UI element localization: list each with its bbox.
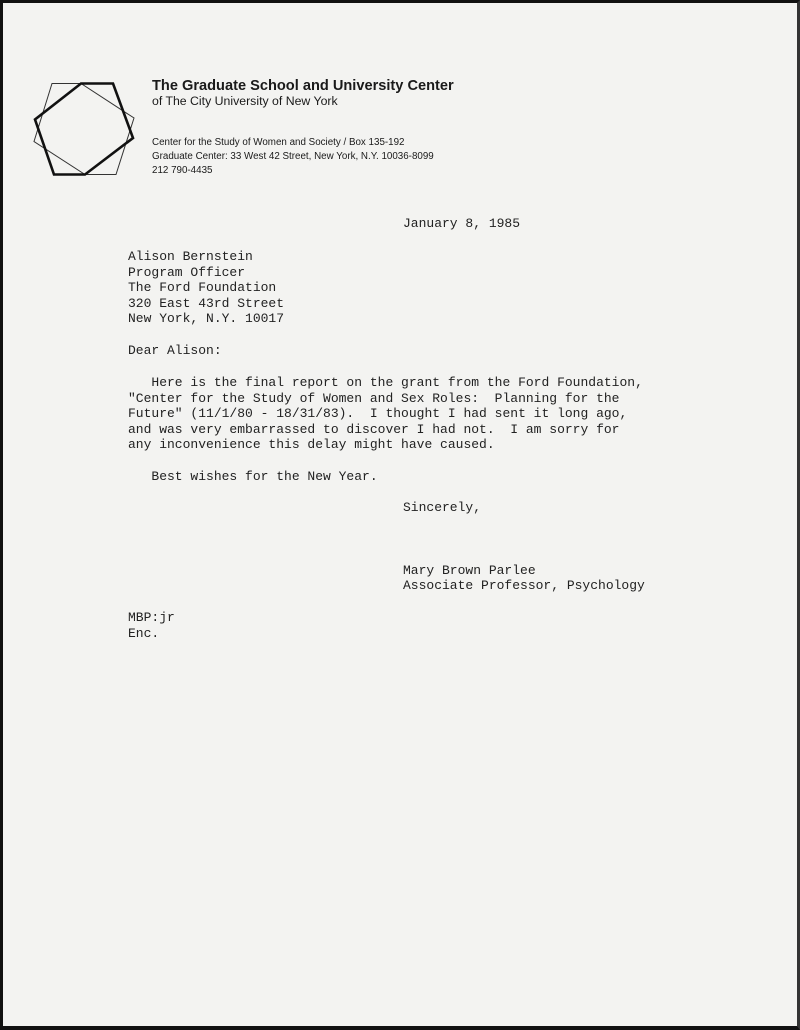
recipient-city: New York, N.Y. 10017 (128, 311, 284, 327)
salutation: Dear Alison: (128, 343, 222, 359)
body-line: and was very embarrassed to discover I h… (128, 422, 619, 438)
enclosure-note: Enc. (128, 626, 159, 642)
institution-subtitle: of The City University of New York (152, 94, 338, 108)
institution-name: The Graduate School and University Cente… (152, 78, 454, 94)
center-address-line: Center for the Study of Women and Societ… (152, 137, 405, 148)
phone-line: 212 790-4435 (152, 165, 212, 176)
closing: Sincerely, (403, 500, 481, 516)
recipient-organization: The Ford Foundation (128, 280, 276, 296)
signer-name: Mary Brown Parlee (403, 563, 536, 579)
recipient-street: 320 East 43rd Street (128, 296, 284, 312)
signer-title: Associate Professor, Psychology (403, 578, 645, 594)
recipient-name: Alison Bernstein (128, 249, 253, 265)
hexagon-logo-icon (3, 3, 163, 203)
body-line: Here is the final report on the grant fr… (128, 375, 643, 391)
street-address-line: Graduate Center: 33 West 42 Street, New … (152, 151, 434, 162)
closing-paragraph: Best wishes for the New Year. (128, 469, 378, 485)
letter-date: January 8, 1985 (403, 216, 520, 232)
body-line: Future" (11/1/80 - 18/31/83). I thought … (128, 406, 627, 422)
letter-page: The Graduate School and University Cente… (0, 0, 800, 1030)
typist-initials: MBP:jr (128, 610, 175, 626)
body-line: "Center for the Study of Women and Sex R… (128, 391, 619, 407)
recipient-title: Program Officer (128, 265, 245, 281)
body-line: any inconvenience this delay might have … (128, 437, 495, 453)
